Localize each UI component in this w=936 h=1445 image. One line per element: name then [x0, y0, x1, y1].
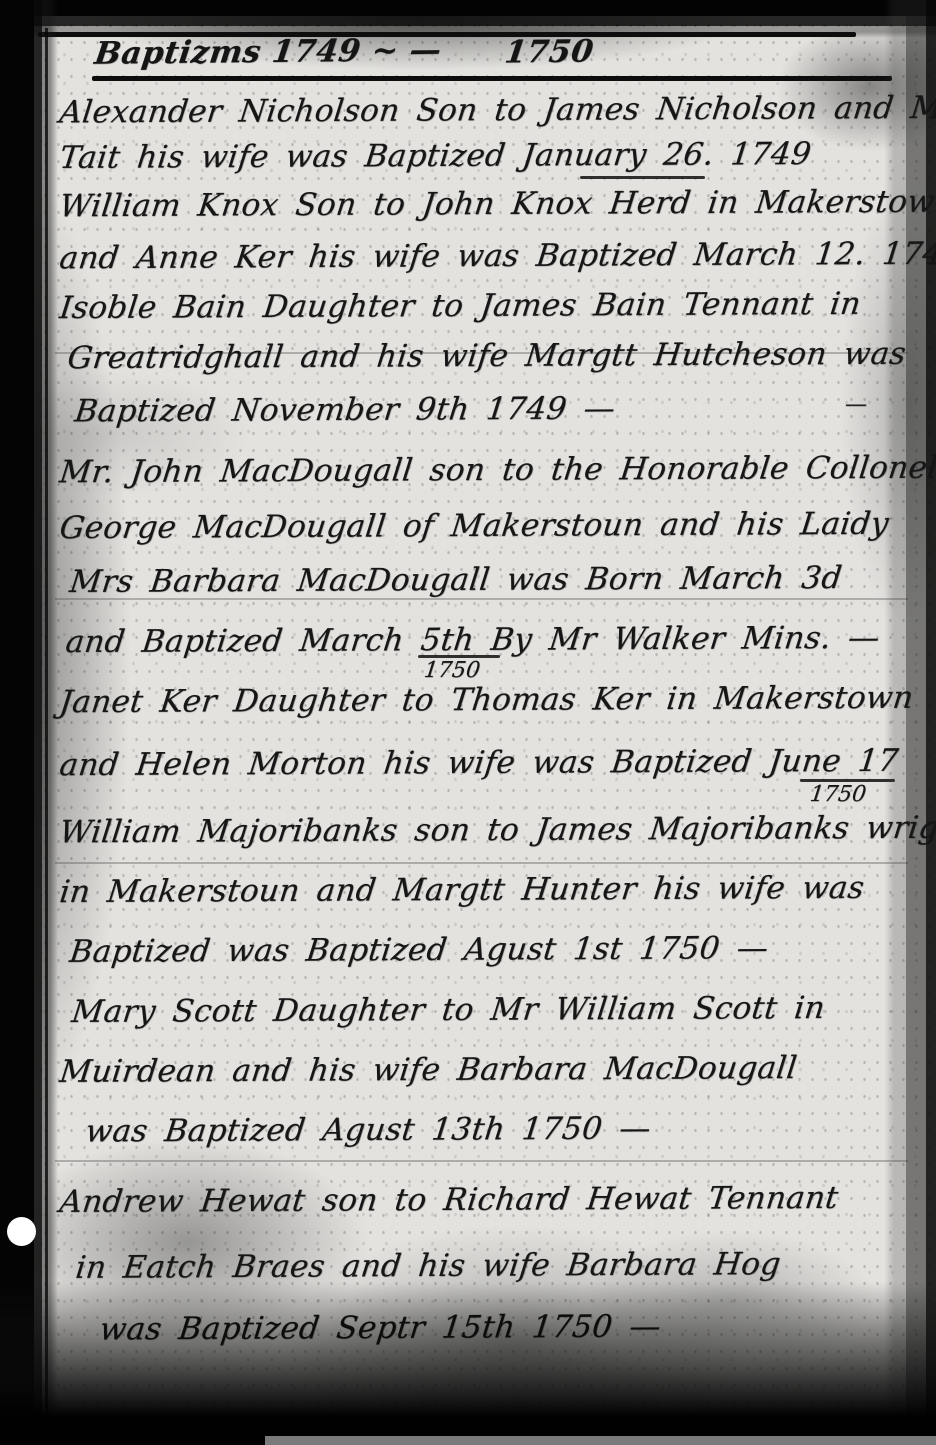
page-title-year: 1750 — [503, 34, 596, 71]
register-line: was Baptized Agust 13th 1750 — — [84, 1111, 653, 1150]
register-line: Tait his wife was Baptized January 26. 1… — [58, 136, 814, 176]
register-line: and Helen Morton his wife was Baptized J… — [58, 743, 901, 783]
register-line: Baptized was Baptized Agust 1st 1750 — — [68, 930, 771, 970]
register-line: and Baptized March 5th By Mr Walker Mins… — [64, 620, 882, 660]
register-line: in Eatch Braes and his wife Barbara Hog — [74, 1246, 783, 1286]
register-line: Mrs Barbara MacDougall was Born March 3d — [68, 560, 844, 600]
year-annotation: 1750 — [422, 658, 481, 683]
register-line: was Baptized Septr 15th 1750 — — [98, 1309, 663, 1348]
register-line: George MacDougall of Makerstoun and his … — [58, 506, 891, 546]
register-line: Baptized November 9th 1749 — — [73, 391, 617, 430]
register-line: William Majoribanks son to James Majorib… — [58, 810, 936, 851]
header-rule-bottom — [92, 76, 892, 81]
faint-rule — [55, 1160, 908, 1162]
register-line: Mr. John MacDougall son to the Honorable… — [58, 450, 936, 491]
margin-dash: — — [843, 392, 868, 417]
bottom-edge-band — [0, 1282, 936, 1445]
register-line: Alexander Nicholson Son to James Nichols… — [58, 90, 936, 131]
register-line: in Makerstoun and Margtt Hunter his wife… — [58, 870, 867, 910]
register-line: Janet Ker Daughter to Thomas Ker in Make… — [58, 680, 916, 720]
register-line: Isoble Bain Daughter to James Bain Tenna… — [58, 286, 863, 326]
punch-hole — [7, 1217, 36, 1246]
bottom-paper-strip — [265, 1436, 936, 1445]
page-title: Baptizms 1749 ~ — — [92, 32, 443, 72]
register-line: Greatridghall and his wife Margtt Hutche… — [66, 336, 908, 376]
ink-underline — [580, 176, 705, 179]
register-line: William Knox Son to John Knox Herd in Ma… — [58, 184, 936, 225]
register-line: and Anne Ker his wife was Baptized March… — [58, 236, 936, 277]
register-line: Mary Scott Daughter to Mr William Scott … — [70, 990, 827, 1030]
year-annotation: 1750 — [808, 782, 867, 807]
binding-crease-line — [45, 28, 48, 1445]
register-page: Baptizms 1749 ~ — 1750 Alexander Nichols… — [0, 0, 936, 1445]
faint-rule — [55, 862, 908, 864]
register-line: Muirdean and his wife Barbara MacDougall — [58, 1050, 799, 1090]
register-line: Andrew Hewat son to Richard Hewat Tennan… — [58, 1180, 841, 1220]
